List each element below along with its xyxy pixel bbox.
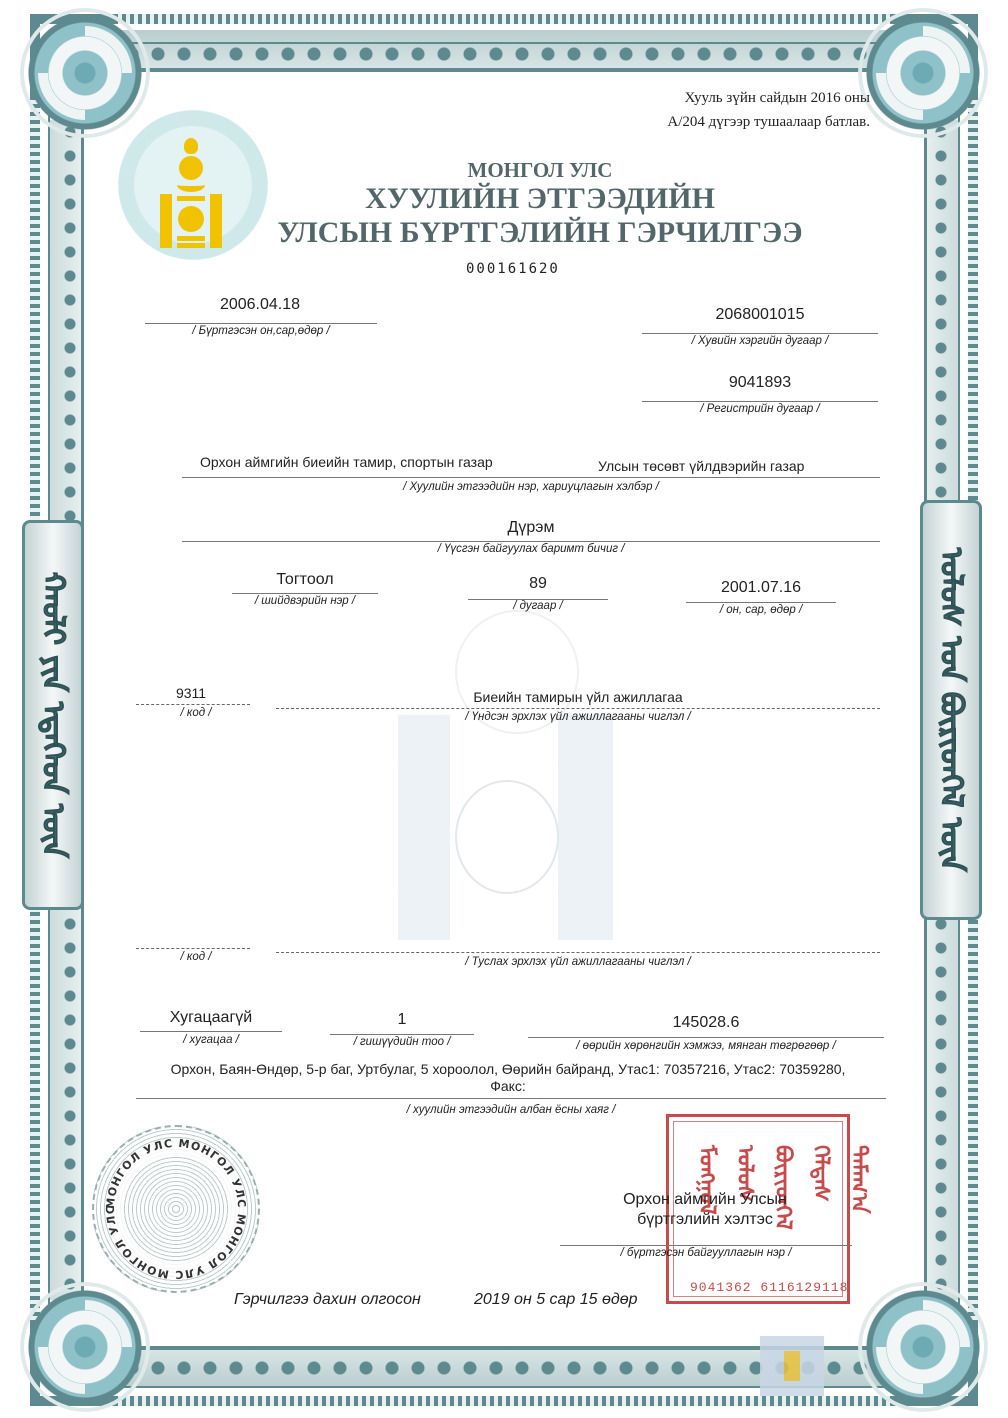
stamp-numbers: 9041362 6116129118 bbox=[690, 1280, 848, 1295]
address-line-2: Факс: bbox=[136, 1078, 880, 1095]
address-value: Орхон, Баян-Өндөр, 5-р баг, Уртбулаг, 5 … bbox=[136, 1061, 880, 1095]
main-activity-code-value: 9311 bbox=[136, 685, 246, 701]
certificate-title-line-2: УЛСЫН БҮРТГЭЛИЙН ГЭРЧИЛГЭЭ bbox=[200, 216, 880, 250]
corner-ornament-icon bbox=[20, 8, 150, 138]
right-pillar-ornament: ᠤᠯᠤᠰ ᠤᠨ ᠪᠦᠷᠢᠳᠬᠡᠯ ᠦᠨ bbox=[920, 500, 982, 920]
registrar-name: Орхон аймгийн Улсын бүртгэлийн хэлтэс bbox=[580, 1190, 830, 1230]
country-name: МОНГОЛ УЛС bbox=[260, 158, 820, 183]
registry-logo-icon bbox=[760, 1336, 824, 1396]
approval-line-2: А/204 дүгээр тушаалаар батлав. bbox=[560, 110, 870, 134]
founding-document-value: Дүрэм bbox=[182, 519, 880, 537]
members-value: 1 bbox=[330, 1011, 474, 1029]
decision-date-label: / он, сар, өдөр / bbox=[686, 604, 836, 616]
mongolian-script-right: ᠤᠯᠤᠰ ᠤᠨ ᠪᠦᠷᠢᠳᠬᠡᠯ ᠦᠨ bbox=[925, 548, 978, 871]
term-label: / хугацаа / bbox=[140, 1034, 282, 1046]
main-activity-value: Биеийн тамирын үйл ажиллагаа bbox=[276, 689, 880, 705]
entity-form-value: Улсын төсөвт үйлдвэрийн газар bbox=[598, 458, 804, 474]
registrar-label: / бүртгэсэн байгууллагын нэр / bbox=[560, 1247, 852, 1259]
address-line-1: Орхон, Баян-Өндөр, 5-р баг, Уртбулаг, 5 … bbox=[136, 1061, 880, 1078]
approval-line-1: Хууль зүйн сайдын 2016 оны bbox=[560, 86, 870, 110]
decision-name-label: / шийдвэрийн нэр / bbox=[232, 595, 378, 607]
reissued-label: Гэрчилгээ дахин олгосон bbox=[234, 1291, 421, 1309]
approval-note: Хууль зүйн сайдын 2016 оны А/204 дүгээр … bbox=[560, 86, 870, 134]
members-label: / гишүүдийн тоо / bbox=[330, 1036, 474, 1048]
corner-ornament-icon bbox=[20, 1282, 150, 1412]
decision-name-value: Тогтоол bbox=[232, 571, 378, 589]
certificate-page: ᠬᠠᠤᠯᠢ ᠶᠢᠨ ᠡᠲᠡᠭᠡᠳ ᠦᠨ ᠤᠯᠤᠰ ᠤᠨ ᠪᠦᠷᠢᠳᠬᠡᠯ ᠦᠨ … bbox=[0, 0, 1008, 1418]
watermark-yin-yang bbox=[455, 780, 559, 894]
registrar-line-1: Орхон аймгийн Улсын bbox=[580, 1190, 830, 1210]
mongolian-script-left: ᠬᠠᠤᠯᠢ ᠶᠢᠨ ᠡᠲᠡᠭᠡᠳ ᠦᠨ bbox=[27, 572, 80, 858]
registration-date-label: / Бүртгэсэн он,сар,өдөр / bbox=[145, 325, 377, 337]
corner-ornament-icon bbox=[858, 8, 988, 138]
border-chain-bottom bbox=[118, 1396, 890, 1406]
case-number-label: / Хувийн хэргийн дугаар / bbox=[642, 335, 878, 347]
main-activity-label: / Үндсэн эрхлэх үйл ажиллагааны чиглэл / bbox=[276, 711, 880, 723]
entity-name-label: / Хуулийн этгээдийн нэр, хариуцлагын хэл… bbox=[182, 481, 880, 493]
decision-number-label: / дугаар / bbox=[468, 600, 608, 612]
decision-number-value: 89 bbox=[468, 575, 608, 593]
serial-number: 000161620 bbox=[466, 261, 560, 277]
register-number-label: / Регистрийн дугаар / bbox=[642, 403, 878, 415]
registration-date-value: 2006.04.18 bbox=[145, 296, 375, 314]
equity-label: / өөрийн хөрөнгийн хэмжээ, мянган төгрөг… bbox=[528, 1040, 884, 1052]
main-activity-code-label: / код / bbox=[136, 707, 256, 719]
svg-text:МОНГОЛ УЛС МОНГОЛ УЛС МОНГОЛ У: МОНГОЛ УЛС МОНГОЛ УЛС МОНГОЛ УЛС МОНГОЛ … bbox=[104, 1137, 248, 1281]
certificate-title-line-1: ХУУЛИЙН ЭТГЭЭДИЙН bbox=[200, 182, 880, 216]
registrar-line-2: бүртгэлийн хэлтэс bbox=[580, 1210, 830, 1230]
case-number-value: 2068001015 bbox=[642, 306, 878, 324]
entity-name-value: Орхон аймгийн биеийн тамир, спортын газа… bbox=[200, 454, 493, 470]
border-chain-top bbox=[118, 14, 890, 24]
corner-ornament-icon bbox=[858, 1282, 988, 1412]
left-pillar-ornament: ᠬᠠᠤᠯᠢ ᠶᠢᠨ ᠡᠲᠡᠭᠡᠳ ᠦᠨ bbox=[22, 520, 84, 910]
reissued-date: 2019 он 5 сар 15 өдөр bbox=[474, 1291, 638, 1309]
term-value: Хугацаагүй bbox=[140, 1009, 282, 1027]
aux-activity-code-label: / код / bbox=[136, 951, 256, 963]
equity-value: 145028.6 bbox=[528, 1014, 884, 1032]
aux-activity-label: / Туслах эрхлэх үйл ажиллагааны чиглэл / bbox=[276, 956, 880, 968]
register-number-value: 9041893 bbox=[642, 374, 878, 392]
decision-date-value: 2001.07.16 bbox=[686, 579, 836, 597]
founding-document-label: / Үүсгэн байгуулах баримт бичиг / bbox=[182, 543, 880, 555]
seal-text-ring: МОНГОЛ УЛС МОНГОЛ УЛС МОНГОЛ УЛС МОНГОЛ … bbox=[92, 1125, 260, 1293]
